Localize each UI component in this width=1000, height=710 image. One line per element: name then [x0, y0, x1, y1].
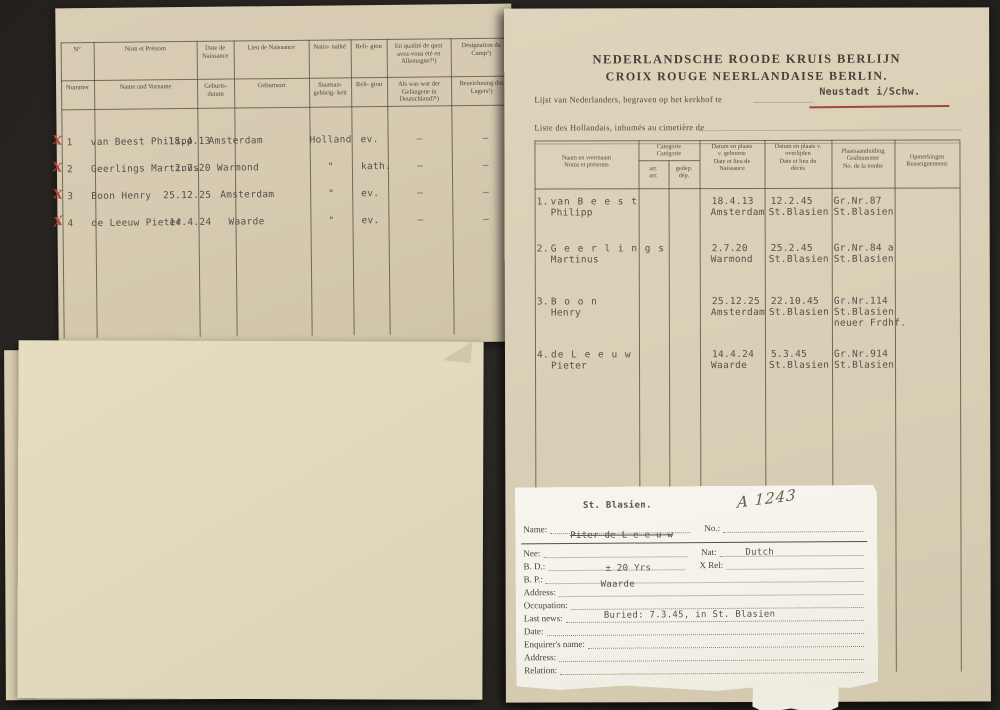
col-header-category: Categorie Catégorie: [638, 143, 699, 158]
birth-date: 2.7.20: [157, 163, 211, 175]
card-row-relation: Relation:: [524, 662, 864, 675]
col-header-birthplace-fr: Lieu de Naissance: [234, 40, 309, 79]
table-row: X 4 de Leeuw Pieter 14.4.24 Waarde " ev.…: [57, 206, 513, 238]
card-heading: St. Blasien.: [583, 500, 652, 510]
birth-place: Amsterdam: [209, 135, 263, 147]
camp-value: –: [483, 187, 489, 198]
table-header-german: Nummer Name und Vorname Geburts- datum G…: [61, 76, 512, 110]
row-number: 1.: [537, 197, 549, 208]
nee-label: Nee:: [523, 548, 543, 558]
nationality-value: Dutch: [745, 548, 774, 558]
grave-place: St.Blasien: [834, 307, 894, 318]
row-number: 3: [67, 191, 73, 202]
col-header-remarks: Opmerkingen Renseignements: [894, 153, 959, 168]
col-header-birthplace-de: Geburtsort: [234, 78, 309, 108]
col-header-camp-fr: Désignation du Camp²): [451, 38, 512, 77]
table-header-french: N° Nom et Prénom Date de Naissance Lieu …: [61, 38, 512, 81]
last-news-label: Last news:: [524, 613, 566, 623]
enquiry-card: St. Blasien. A 1243 Name: No.: Piter de …: [515, 485, 878, 693]
header-bottom-line: [535, 187, 960, 189]
dotted-line: [720, 545, 864, 557]
col-header-capacity-de: Als was war der Gefangene in Deutschland…: [387, 76, 451, 106]
enquirer-label: Enquirer's name:: [524, 639, 588, 649]
nationality: ": [307, 161, 355, 173]
col-header-name: Naam en voornaam Noms et prénoms: [534, 154, 638, 169]
col-header-religion-de: Reli- gion: [351, 77, 387, 106]
grave-place: St.Blasien: [834, 207, 894, 218]
col-header-capacity-fr: En qualité de quoi avez-vous été en Alle…: [387, 38, 451, 77]
birth-date: 14.4.24: [157, 217, 211, 229]
grave-number: Gr.Nr.114: [834, 296, 888, 307]
col-header-birth-fr: Date et lieu de Naissance: [709, 158, 755, 173]
title-french: CROIX ROUGE NEERLANDAISE BERLIN.: [534, 68, 959, 84]
card-row-date: Date:: [524, 623, 864, 636]
red-underline: [809, 105, 949, 108]
table-top-line: [534, 139, 959, 141]
birth-place: Amsterdam: [220, 189, 274, 201]
birth-place: Waarde: [228, 216, 264, 227]
col-header-death-fr: Date et lieu du décès: [776, 157, 820, 172]
birthplace-label: B. P.:: [524, 574, 546, 584]
col-header-death-nl: Datum en plaats v. overlijden: [774, 143, 822, 158]
firstname: Henry: [551, 307, 581, 318]
birth-date: 25.12.25: [157, 190, 211, 202]
birth-date: 2.7.20: [712, 243, 748, 254]
col-header-religion-fr: Reli- gion: [351, 39, 387, 77]
surname: B o o n: [551, 296, 598, 307]
col-header-camp-de: Bezeichnung des Lagers²): [451, 76, 512, 106]
death-place: St.Blasien: [769, 360, 829, 371]
blank-dotline: [699, 128, 961, 131]
camp-value: –: [483, 133, 489, 144]
handwritten-reference-number: A 1243: [737, 486, 797, 512]
camp-value: –: [483, 214, 489, 225]
table-row: 2. G e e r l i n g s Martinus 2.7.20 War…: [535, 242, 960, 289]
card-divider-rule: [521, 541, 867, 544]
red-check-mark: X: [52, 160, 63, 175]
religion: ev.: [361, 134, 379, 145]
dotted-line: [546, 571, 864, 584]
col-header-category-fr: Catégorie: [638, 150, 699, 157]
col-header-grave-nl: Plaatsaanduiding Grafnummer: [834, 148, 892, 163]
address-value: Waarde: [601, 580, 635, 590]
row-number: 4: [67, 218, 73, 229]
death-place: St.Blasien: [769, 207, 829, 218]
religion-label: X Rel:: [685, 560, 726, 570]
death-date: 25.2.45: [771, 243, 813, 254]
death-date: 5.3.45: [771, 349, 807, 360]
title-dutch: NEDERLANDSCHE ROODE KRUIS BERLIJN: [534, 51, 959, 67]
col-header-category-sub1: arr. arr.: [639, 165, 669, 180]
name-label: Name:: [523, 524, 550, 534]
dotted-line: [588, 636, 864, 649]
death-place: St.Blasien: [769, 307, 829, 318]
table-row: 1. van B e e s t Philipp 18.4.13 Amsterd…: [535, 195, 960, 242]
occupation-label: Occupation:: [524, 600, 571, 610]
birth-place: Amsterdam: [711, 307, 765, 318]
grave-extra: neuer Frdhf.: [834, 318, 906, 329]
red-check-mark: X: [53, 187, 64, 202]
paper-corner-fold: [442, 338, 472, 363]
card-row-bd: B. D.: X Rel:: [523, 558, 863, 571]
nat-label: Nat:: [687, 547, 720, 557]
card-row-address: Address:: [524, 584, 864, 597]
address2-label: Address:: [524, 652, 559, 662]
grave-number: Gr.Nr.87: [834, 196, 882, 207]
firstname: Pieter: [551, 360, 587, 371]
card-row-nee: Nee: Nat:: [523, 545, 863, 558]
person-name: Boon Henry: [91, 190, 151, 202]
date-label: Date:: [524, 626, 547, 636]
red-check-mark: X: [52, 133, 63, 148]
sub1-nl: arr.: [639, 165, 669, 172]
col-header-category-sub2: gedep. dép.: [669, 165, 700, 180]
col-header-birth: Datum en plaats v. geboorte Date et lieu…: [699, 143, 764, 172]
dotted-line: [559, 649, 864, 662]
birth-place: Amsterdam: [711, 207, 765, 218]
card-row-bp: B. P.:: [524, 571, 864, 584]
table-row: 3. B o o n Henry 25.12.25 Amsterdam 22.1…: [535, 295, 960, 342]
col-header-no-fr: N°: [61, 42, 94, 80]
relation-label: Relation:: [524, 665, 560, 675]
last-news-value: Buried: 7.3.45, in St. Blasien: [604, 610, 776, 621]
birth-place: Waarde: [711, 360, 747, 371]
col-header-name-fr: Nom et Prénom: [94, 41, 197, 80]
surname: de L e e u w: [551, 349, 632, 360]
nationality: ": [307, 215, 355, 227]
col-header-remarks-fr: Renseignements: [894, 161, 959, 168]
capacity-value: –: [417, 134, 423, 145]
col-header-birth-nl: Datum en plaats v. geboorte: [709, 143, 755, 158]
birth-place: Warmond: [217, 162, 259, 173]
firstname: Martinus: [551, 254, 599, 265]
col-header-name-de: Name und Vorname: [94, 79, 197, 109]
dotted-line: [546, 623, 864, 636]
religion: ev.: [361, 188, 379, 199]
cemetery-location-value: Neustadt i/Schw.: [819, 87, 920, 98]
card-row-address2: Address:: [524, 649, 864, 662]
table-row: 4. de L e e u w Pieter 14.4.24 Waarde 5.…: [535, 348, 960, 395]
col-header-birthdate-de: Geburts- datum: [197, 79, 234, 108]
photo-background: N° Nom et Prénom Date de Naissance Lieu …: [0, 0, 1000, 710]
row-number: 3.: [537, 297, 549, 308]
camp-value: –: [483, 160, 489, 171]
col-header-death: Datum en plaats v. overlijden Date et li…: [764, 143, 831, 172]
no-label: No.:: [690, 523, 723, 533]
nationality: Holland: [307, 134, 355, 146]
col-header-grave: Plaatsaanduiding Grafnummer No. de la to…: [831, 148, 894, 170]
red-check-mark: X: [53, 213, 63, 230]
row-number: 4.: [537, 350, 549, 361]
blank-dotline: [754, 101, 812, 103]
address-label: Address:: [524, 587, 559, 597]
birth-date: 14.4.24: [712, 349, 754, 360]
row-number: 1: [67, 137, 73, 148]
dotted-line: [571, 597, 864, 610]
col-header-grave-fr: No. de la tombe: [841, 162, 885, 169]
firstname: Philipp: [551, 207, 593, 218]
death-date: 12.2.45: [771, 196, 813, 207]
surname: van B e e s t: [551, 196, 638, 207]
surname: G e e r l i n g s: [551, 243, 665, 254]
row-number: 2.: [537, 244, 549, 255]
col-header-birthdate-fr: Date de Naissance: [197, 41, 234, 79]
capacity-value: –: [417, 188, 423, 199]
religion: ev.: [361, 215, 379, 226]
blank-sheet: [17, 340, 483, 700]
col-header-no-de: Nummer: [61, 80, 94, 109]
dotted-line: [726, 558, 863, 570]
col-header-name-fr: Noms et prénoms: [534, 162, 638, 170]
birthdate-label: B. D.:: [523, 561, 548, 571]
pow-list-sheet: N° Nom et Prénom Date de Naissance Lieu …: [55, 4, 515, 347]
capacity-value: –: [417, 161, 423, 172]
sub2-fr: dép.: [669, 172, 700, 179]
dotted-line: [543, 546, 687, 558]
sub2-nl: gedep.: [669, 165, 700, 172]
grave-number: Gr.Nr.914: [834, 349, 888, 360]
birth-date: 18.4.13: [157, 136, 211, 148]
table-vline: [959, 139, 961, 671]
capacity-value: –: [417, 215, 423, 226]
death-date: 22.10.45: [771, 296, 819, 307]
birth-place: Warmond: [711, 254, 753, 265]
sub1-fr: arr.: [639, 173, 669, 180]
dotted-line: [560, 662, 864, 675]
grave-number: Gr.Nr.84 a: [834, 243, 894, 254]
dotted-line: [723, 521, 863, 533]
col-header-nationality-fr: Natio- nalité: [309, 39, 351, 77]
row-number: 2: [67, 164, 73, 175]
subtitle-french: Liste des Hollandais, inhumés au cimetiè…: [534, 122, 704, 132]
col-header-nationality-de: Staatsan- gehörig- keit: [309, 77, 351, 106]
name-value: Piter de L e e u w: [570, 530, 673, 541]
birth-date: 18.4.13: [712, 196, 754, 207]
birth-date: 25.12.25: [712, 296, 760, 307]
religion: kath.: [361, 161, 391, 172]
nationality: ": [307, 188, 355, 200]
burial-list-sheet: NEDERLANDSCHE ROODE KRUIS BERLIJN CROIX …: [504, 7, 991, 702]
card-row-enquirer: Enquirer's name:: [524, 636, 864, 649]
grave-place: St.Blasien: [834, 254, 894, 265]
death-place: St.Blasien: [769, 254, 829, 265]
subtitle-dutch: Lijst van Nederlanders, begraven op het …: [534, 94, 722, 104]
card-row-occupation: Occupation:: [524, 597, 864, 610]
grave-place: St.Blasien: [834, 360, 894, 371]
